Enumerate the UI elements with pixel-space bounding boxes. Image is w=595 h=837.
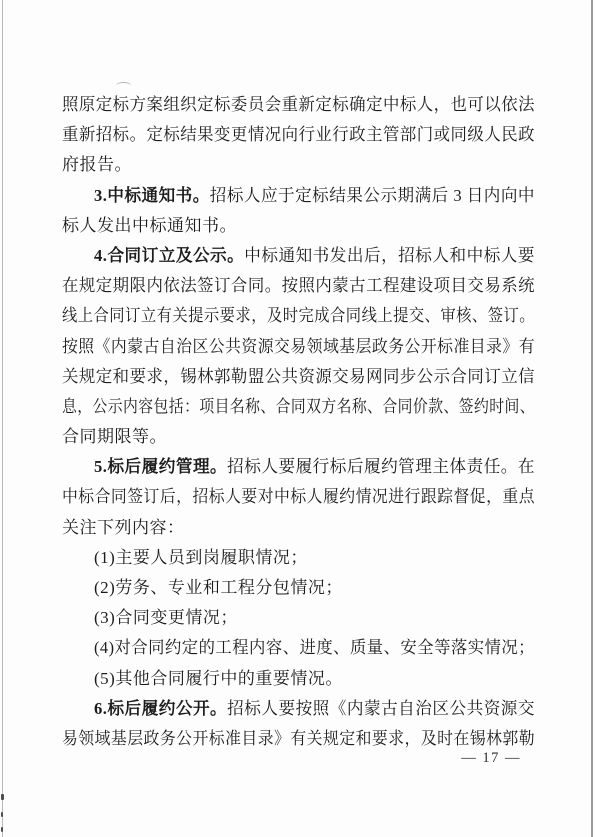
bold-heading: 3.中标通知书。 <box>94 186 210 205</box>
line-text: (5)其他合同履行中的重要情况。 <box>94 669 343 688</box>
text-line: 中标合同签订后，招标人要对中标人履约情况进行跟踪督促，重点 <box>62 482 535 512</box>
text-line: 关注下列内容： <box>62 513 535 543</box>
text-line: 4.合同订立及公示。中标通知书发出后，招标人和中标人要 <box>62 241 535 271</box>
line-text: 招标人要履行标后履约管理主体责任。在 <box>227 457 535 476</box>
line-text: 在规定期限内依法签订合同。按照内蒙古工程建设项目交易系统 <box>62 276 535 295</box>
line-text: (3)合同变更情况； <box>94 608 238 627</box>
line-text: 中标通知书发出后，招标人和中标人要 <box>244 246 535 265</box>
line-text: 标人发出中标通知书。 <box>62 216 237 235</box>
line-text: (4)对合同约定的工程内容、进度、质量、安全等落实情况； <box>94 638 535 657</box>
text-line: 按照《内蒙古自治区公共资源交易领域基层政务公开标准目录》有 <box>62 332 535 362</box>
line-text: 中标合同签订后，招标人要对中标人履约情况进行跟踪督促，重点 <box>62 487 535 506</box>
text-line: 息，公示内容包括：项目名称、合同双方名称、合同价款、签约时间、 <box>62 392 535 422</box>
document-text: 照原定标方案组织定标委员会重新定标确定中标人，也可以依法重新招标。定标结果变更情… <box>62 90 535 754</box>
line-text: 照原定标方案组织定标委员会重新定标确定中标人，也可以依法 <box>62 95 535 114</box>
scan-mark <box>1 827 3 832</box>
bold-heading: 6.标后履约公开。 <box>94 699 227 718</box>
line-text: 息，公示内容包括：项目名称、合同双方名称、合同价款、签约时间、 <box>62 397 535 416</box>
text-line: (5)其他合同履行中的重要情况。 <box>62 664 535 694</box>
text-line: (3)合同变更情况； <box>62 603 535 633</box>
text-line: 合同期限等。 <box>62 422 535 452</box>
text-line: (2)劳务、专业和工程分包情况； <box>62 573 535 603</box>
text-line: 重新招标。定标结果变更情况向行业行政主管部门或同级人民政 <box>62 120 535 150</box>
line-text: (2)劳务、专业和工程分包情况； <box>94 578 343 597</box>
scan-edge-right <box>591 0 593 837</box>
text-line: 6.标后履约公开。招标人要按照《内蒙古自治区公共资源交 <box>62 694 535 724</box>
line-text: 关规定和要求，锡林郭勒盟公共资源交易网同步公示合同订立信 <box>62 367 535 386</box>
scan-mark <box>1 812 3 817</box>
page-number: — 17 — <box>461 750 521 767</box>
scan-smudge <box>116 82 131 89</box>
line-text: 线上合同订立有关提示要求，及时完成合同线上提交、审核、签订。 <box>62 306 535 325</box>
text-line: 3.中标通知书。招标人应于定标结果公示期满后 3 日内向中 <box>62 181 535 211</box>
scan-mark <box>1 794 4 800</box>
line-text: (1)主要人员到岗履职情况； <box>94 548 308 567</box>
line-text: 府报告。 <box>62 155 132 174</box>
text-line: 照原定标方案组织定标委员会重新定标确定中标人，也可以依法 <box>62 90 535 120</box>
bold-heading: 5.标后履约管理。 <box>94 457 227 476</box>
line-text: 合同期限等。 <box>62 427 167 446</box>
scan-edge-left <box>2 0 3 837</box>
line-text: 关注下列内容： <box>62 518 185 537</box>
text-line: 线上合同订立有关提示要求，及时完成合同线上提交、审核、签订。 <box>62 301 535 331</box>
text-line: 标人发出中标通知书。 <box>62 211 535 241</box>
line-text: 招标人应于定标结果公示期满后 3 日内向中 <box>210 186 535 205</box>
text-line: 府报告。 <box>62 150 535 180</box>
line-text: 招标人要按照《内蒙古自治区公共资源交 <box>227 699 535 718</box>
line-text: 重新招标。定标结果变更情况向行业行政主管部门或同级人民政 <box>62 125 535 144</box>
text-line: 关规定和要求，锡林郭勒盟公共资源交易网同步公示合同订立信 <box>62 362 535 392</box>
text-line: (4)对合同约定的工程内容、进度、质量、安全等落实情况； <box>62 633 535 663</box>
text-line: 在规定期限内依法签订合同。按照内蒙古工程建设项目交易系统 <box>62 271 535 301</box>
text-line: 5.标后履约管理。招标人要履行标后履约管理主体责任。在 <box>62 452 535 482</box>
bold-heading: 4.合同订立及公示。 <box>94 246 244 265</box>
line-text: 易领域基层政务公开标准目录》有关规定和要求，及时在锡林郭勒 <box>62 729 535 748</box>
text-line: (1)主要人员到岗履职情况； <box>62 543 535 573</box>
line-text: 按照《内蒙古自治区公共资源交易领域基层政务公开标准目录》有 <box>62 337 535 356</box>
document-page: 照原定标方案组织定标委员会重新定标确定中标人，也可以依法重新招标。定标结果变更情… <box>0 0 595 837</box>
